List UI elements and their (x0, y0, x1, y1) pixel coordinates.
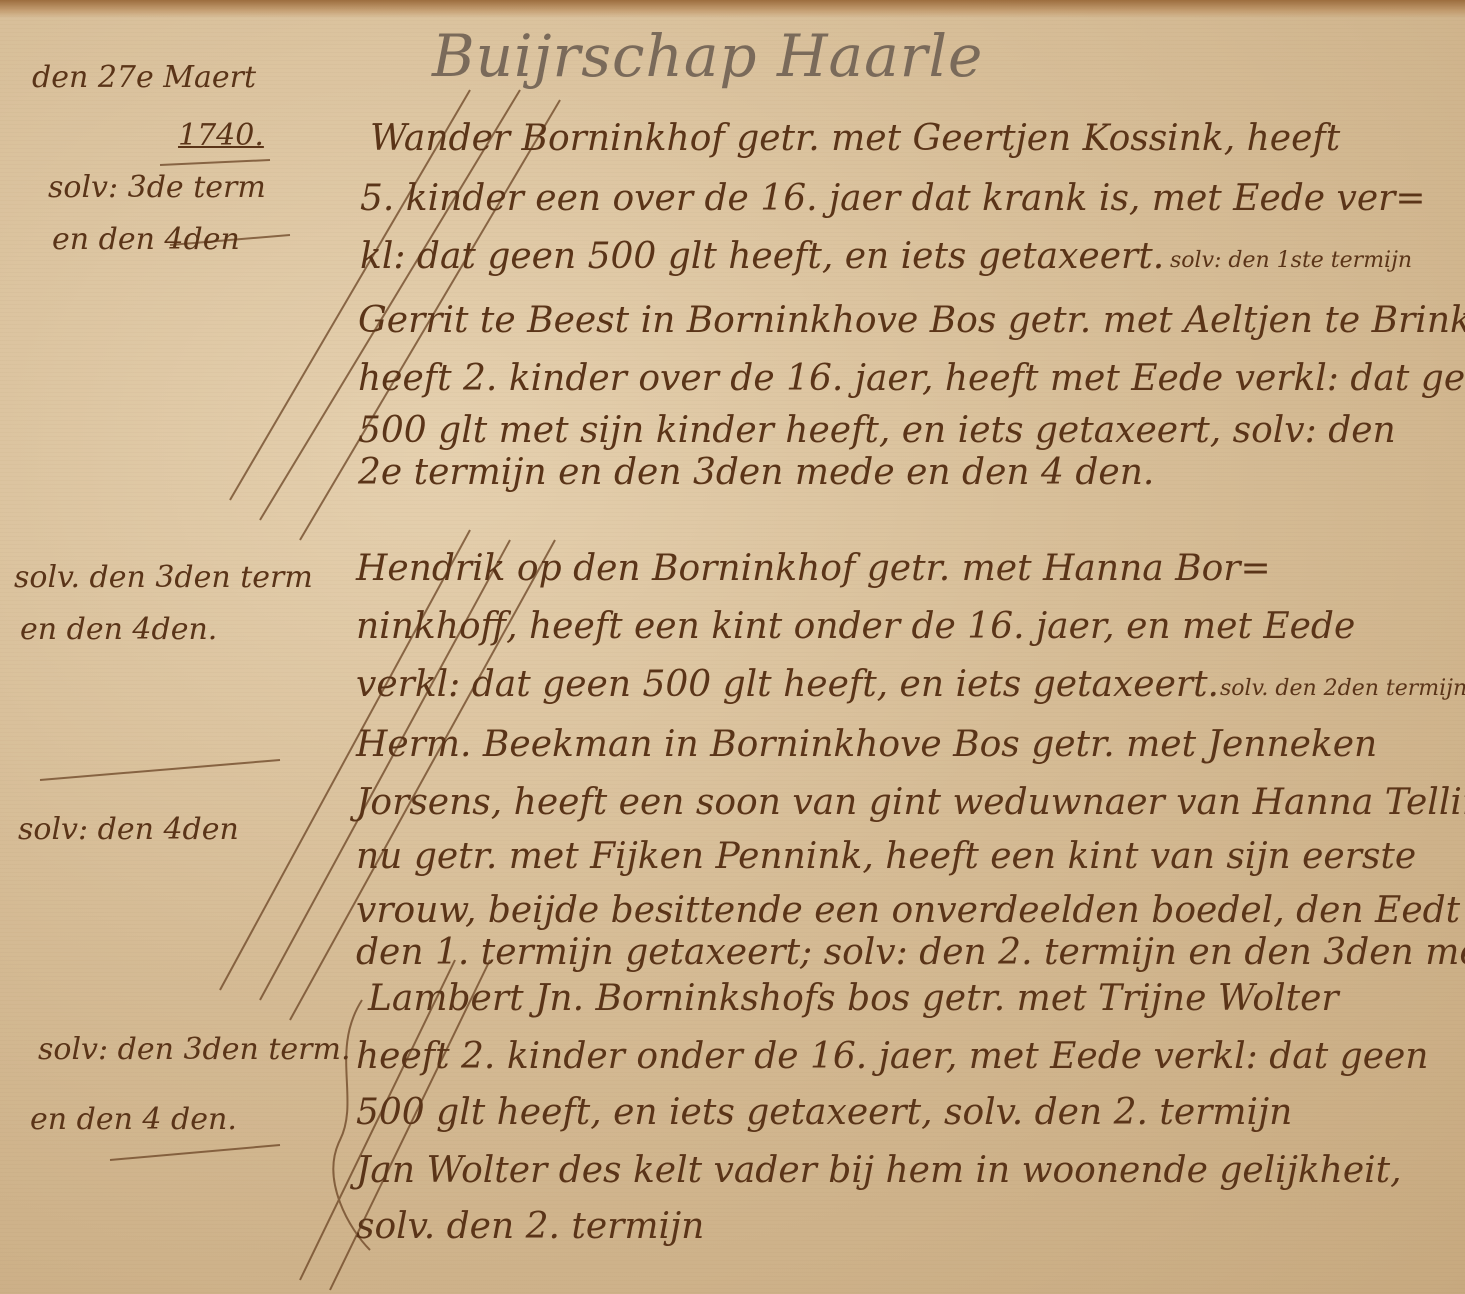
torn-top-edge (0, 0, 1465, 18)
entry-line: Lambert Jn. Borninkshofs bos getr. met T… (368, 978, 1339, 1019)
manuscript-page: Buijrschap Haarle den 27e Maert 1740. so… (0, 0, 1465, 1294)
margin-note: en den 4den. (20, 612, 217, 647)
entry-note: solv. den 2den termijn (1220, 676, 1465, 701)
entry-line: kl: dat geen 500 glt heeft, en iets geta… (360, 236, 1164, 277)
entry-line: 2e termijn en den 3den mede en den 4 den… (358, 452, 1154, 493)
entry-line: heeft 2. kinder onder de 16. jaer, met E… (356, 1036, 1429, 1077)
entry-line: solv. den 2. termijn (356, 1206, 704, 1247)
entry-line: 500 glt met sijn kinder heeft, en iets g… (358, 410, 1396, 451)
page-heading: Buijrschap Haarle (432, 22, 983, 90)
margin-note: en den 4 den. (30, 1102, 237, 1137)
entry-line: 500 glt heeft, en iets getaxeert, solv. … (356, 1092, 1292, 1133)
margin-note: en den 4den (52, 222, 240, 257)
entry-line: 5. kinder een over de 16. jaer dat krank… (360, 178, 1426, 219)
entry-line: den 1. termijn getaxeert; solv: den 2. t… (356, 932, 1465, 973)
margin-note: solv: den 4den (18, 812, 239, 847)
entry-line: verkl: dat geen 500 glt heeft, en iets g… (356, 664, 1219, 705)
entry-line: Herm. Beekman in Borninkhove Bos getr. m… (356, 724, 1377, 765)
entry-line: vrouw, beijde besittende een onverdeelde… (356, 890, 1465, 931)
entry-line: Gerrit te Beest in Borninkhove Bos getr.… (358, 300, 1465, 341)
entry-line: nu getr. met Fijken Pennink, heeft een k… (356, 836, 1416, 877)
entry-line: heeft 2. kinder over de 16. jaer, heeft … (358, 358, 1465, 399)
entry-note: solv: den 1ste termijn (1170, 248, 1412, 273)
margin-year: 1740. (178, 118, 264, 153)
margin-note: solv. den 3den term (14, 560, 313, 595)
entry-line: Hendrik op den Borninkhof getr. met Hann… (356, 548, 1271, 589)
entry-line: Wander Borninkhof getr. met Geertjen Kos… (370, 118, 1340, 159)
margin-date: den 27e Maert (32, 60, 256, 95)
margin-note: solv: 3de term (48, 170, 266, 205)
margin-note: solv: den 3den term. (38, 1032, 351, 1067)
entry-line: Jorsens, heeft een soon van gint weduwna… (356, 782, 1465, 823)
entry-line: ninkhoff, heeft een kint onder de 16. ja… (356, 606, 1355, 647)
entry-line: Jan Wolter des kelt vader bij hem in woo… (356, 1150, 1402, 1191)
